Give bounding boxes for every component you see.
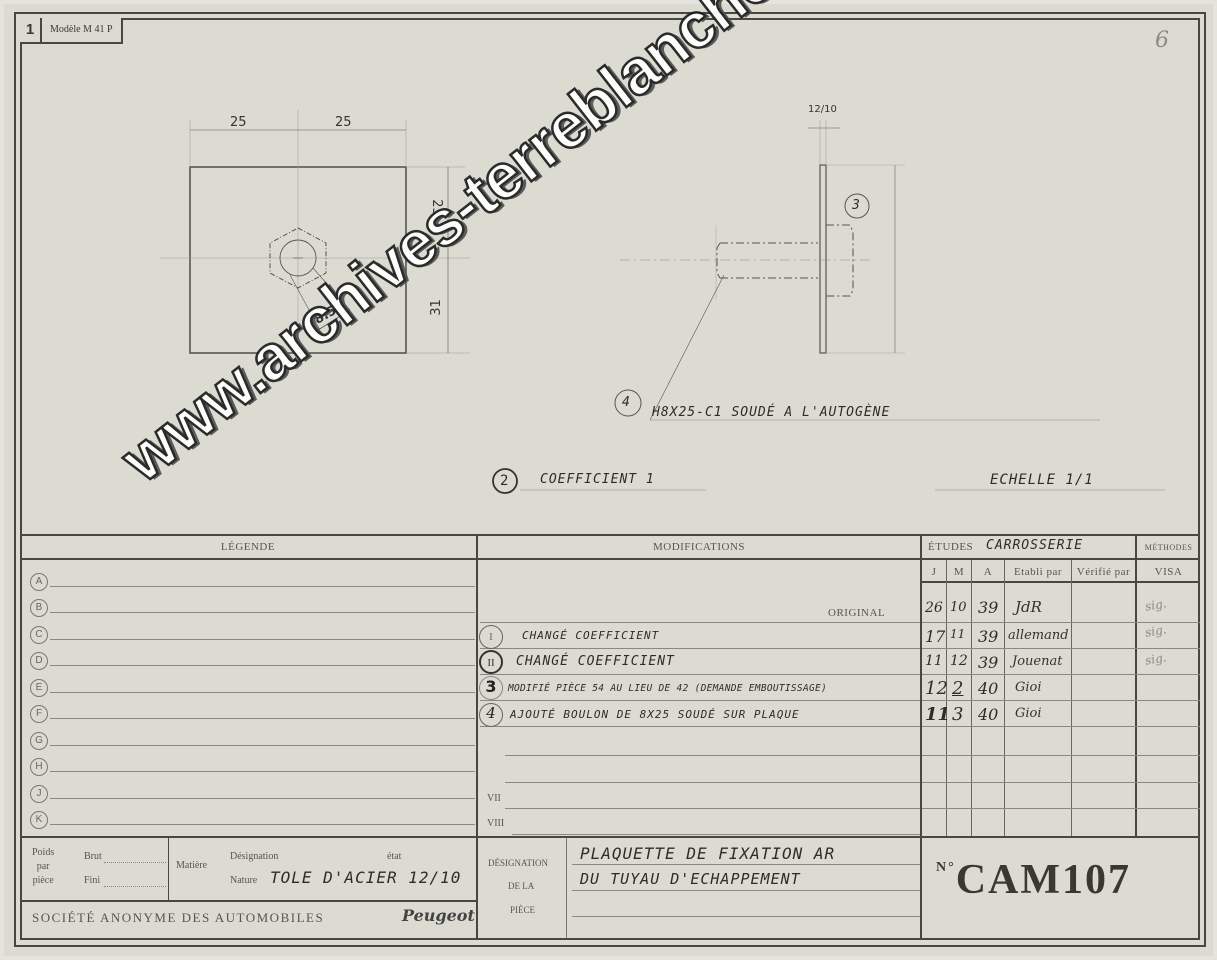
legend-rule	[50, 665, 475, 666]
legend-title: LÉGENDE	[20, 541, 476, 553]
brut-label: Brut	[84, 851, 102, 862]
legend-header-rule	[20, 558, 476, 560]
part-number-value: CAM107	[956, 857, 1131, 903]
legend-rule	[50, 692, 475, 693]
etudes-rule	[922, 726, 1200, 727]
mod-rule	[505, 755, 920, 756]
designation-label: Désignation	[230, 851, 278, 862]
separator-poids-matiere	[168, 838, 169, 900]
legend-rule	[50, 771, 475, 772]
legend-marker-g: G	[30, 732, 48, 750]
col-header-visa: VISA	[1137, 566, 1200, 578]
col-header-etabli: Etabli par	[1005, 566, 1071, 578]
legend-marker-a: A	[30, 573, 48, 591]
legend-marker-b: B	[30, 599, 48, 617]
legend-rule	[50, 612, 475, 613]
part-number-prefix: N°	[936, 860, 956, 875]
footer-top-rule	[20, 836, 1200, 838]
cell-j: 11	[925, 704, 950, 725]
mod-rule	[480, 700, 920, 701]
etudes-rule	[922, 755, 1200, 756]
legend-rule	[50, 798, 475, 799]
legend-marker-h: H	[30, 758, 48, 776]
coefficient-callout: 2	[500, 473, 509, 489]
cell-a: 40	[978, 679, 998, 698]
piece-rule	[572, 916, 920, 917]
cell-a: 39	[978, 627, 998, 646]
etat-label: état	[387, 851, 401, 862]
col-sep-m	[971, 560, 972, 836]
mod-rule	[480, 726, 920, 727]
mod-marker-7: VII	[487, 793, 501, 804]
coefficient-note: COEFFICIENT 1	[540, 472, 655, 487]
cell-m: 2	[952, 678, 963, 699]
mod-rule	[505, 782, 920, 783]
callout-3: 3	[852, 198, 861, 213]
cell-m: 12	[950, 653, 968, 669]
cell-a: 40	[978, 705, 998, 724]
etudes-rule	[922, 782, 1200, 783]
col-sep-etabli	[1071, 560, 1072, 836]
etudes-rule	[922, 674, 1200, 675]
col-header-m: M	[947, 566, 971, 578]
brut-field	[104, 862, 166, 863]
dim-height-bottom: 31	[429, 299, 444, 316]
piece-rule	[572, 864, 920, 865]
mod-marker-8: VIII	[487, 818, 504, 829]
mod-marker-2: II	[479, 650, 503, 674]
mod-text-4: AJOUTÉ BOULON DE 8X25 SOUDÉ SUR PLAQUE	[510, 708, 800, 721]
poids-label: Poids par pièce	[32, 846, 54, 888]
separator-piece-number	[920, 838, 922, 940]
mod-text-2: CHANGÉ COEFFICIENT	[516, 654, 675, 669]
fini-label: Fini	[84, 875, 100, 886]
mod-text-3: MODIFIÉ PIÈCE 54 AU LIEU DE 42 (DEMANDE …	[508, 683, 827, 694]
etudes-header-rule	[922, 558, 1135, 560]
bolt-annotation: H8X25-C1 SOUDÉ A L'AUTOGÈNE	[652, 405, 890, 420]
col-header-j: J	[922, 566, 946, 578]
piece-label-3: PIÈCE	[510, 905, 535, 915]
cell-j: 26	[925, 600, 943, 616]
col-header-a: A	[972, 566, 1004, 578]
nature-label: Nature	[230, 875, 257, 886]
modifications-title: MODIFICATIONS	[477, 541, 921, 553]
etudes-col-header-rule	[922, 581, 1200, 583]
cell-m: 10	[950, 600, 967, 615]
legend-marker-j: J	[30, 785, 48, 803]
cell-etabli: allemand	[1008, 628, 1069, 643]
etudes-department: CARROSSERIE	[986, 538, 1083, 553]
cell-m: 11	[950, 627, 965, 641]
separator-mods-etudes	[920, 534, 922, 836]
original-label: ORIGINAL	[828, 607, 885, 619]
company-rule	[20, 900, 476, 902]
mod-rule	[512, 834, 920, 835]
col-sep-a	[1004, 560, 1005, 836]
legend-rule	[50, 824, 475, 825]
cell-m: 3	[952, 704, 963, 725]
dim-width-left: 25	[230, 115, 247, 130]
mod-rule	[480, 674, 920, 675]
cell-etabli: JdR	[1015, 598, 1042, 616]
mod-text-1: CHANGÉ COEFFICIENT	[522, 629, 659, 642]
poids-label-3: pièce	[32, 874, 54, 888]
poids-label-1: Poids	[32, 846, 54, 860]
cell-a: 39	[978, 653, 998, 672]
etudes-rule	[922, 808, 1200, 809]
modifications-header-rule	[477, 558, 921, 560]
legend-rule	[50, 639, 475, 640]
piece-label-2: DE LA	[508, 881, 534, 891]
poids-label-2: par	[32, 860, 54, 874]
scale-note: ECHELLE 1/1	[990, 472, 1094, 488]
methodes-title: MÉTHODES	[1137, 543, 1200, 552]
cell-j: 12	[925, 678, 948, 699]
piece-label-1: DÉSIGNATION	[488, 858, 548, 868]
cell-a: 39	[978, 598, 998, 617]
cell-etabli: Jouenat	[1012, 654, 1062, 669]
legend-marker-c: C	[30, 626, 48, 644]
callout-4: 4	[622, 395, 631, 410]
matiere-label: Matière	[176, 860, 207, 871]
legend-rule	[50, 586, 475, 587]
cell-j: 17	[925, 627, 945, 646]
fini-field	[104, 886, 166, 887]
mod-marker-4: 4	[479, 703, 503, 727]
etudes-rule	[922, 700, 1200, 701]
legend-marker-e: E	[30, 679, 48, 697]
company-name: SOCIÉTÉ ANONYME DES AUTOMOBILES	[32, 910, 324, 926]
dim-width-right: 25	[335, 115, 352, 130]
piece-brace	[566, 838, 568, 938]
separator-etudes-methodes	[1135, 534, 1137, 836]
piece-rule	[572, 890, 920, 891]
legend-rule	[50, 718, 475, 719]
etudes-title: ÉTUDES	[928, 541, 973, 553]
legend-marker-d: D	[30, 652, 48, 670]
cell-j: 11	[925, 653, 943, 669]
col-header-verifie: Vérifié par	[1072, 566, 1135, 578]
mod-rule	[480, 648, 920, 649]
legend-marker-f: F	[30, 705, 48, 723]
nature-value: TOLE D'ACIER 12/10	[270, 868, 461, 887]
cell-etabli: Gioi	[1015, 680, 1042, 695]
mod-marker-3: 3	[479, 676, 503, 700]
mod-rule	[480, 622, 920, 623]
etudes-rule	[922, 648, 1200, 649]
mod-rule	[505, 808, 920, 809]
part-number: N°CAM107	[936, 856, 1131, 904]
brand-logo: Peugeot	[402, 906, 475, 925]
cell-etabli: Gioi	[1015, 706, 1042, 721]
mod-marker-1: I	[479, 625, 503, 649]
legend-marker-k: K	[30, 811, 48, 829]
methodes-header-rule	[1137, 558, 1200, 560]
piece-name-line-1: PLAQUETTE DE FIXATION AR	[580, 844, 835, 863]
legend-rule	[50, 745, 475, 746]
title-block-top-rule	[20, 534, 1200, 536]
separator-legend-mods	[476, 534, 478, 940]
dim-thickness: 12/10	[808, 104, 837, 115]
piece-name-line-2: DU TUYAU D'ECHAPPEMENT	[580, 870, 801, 888]
